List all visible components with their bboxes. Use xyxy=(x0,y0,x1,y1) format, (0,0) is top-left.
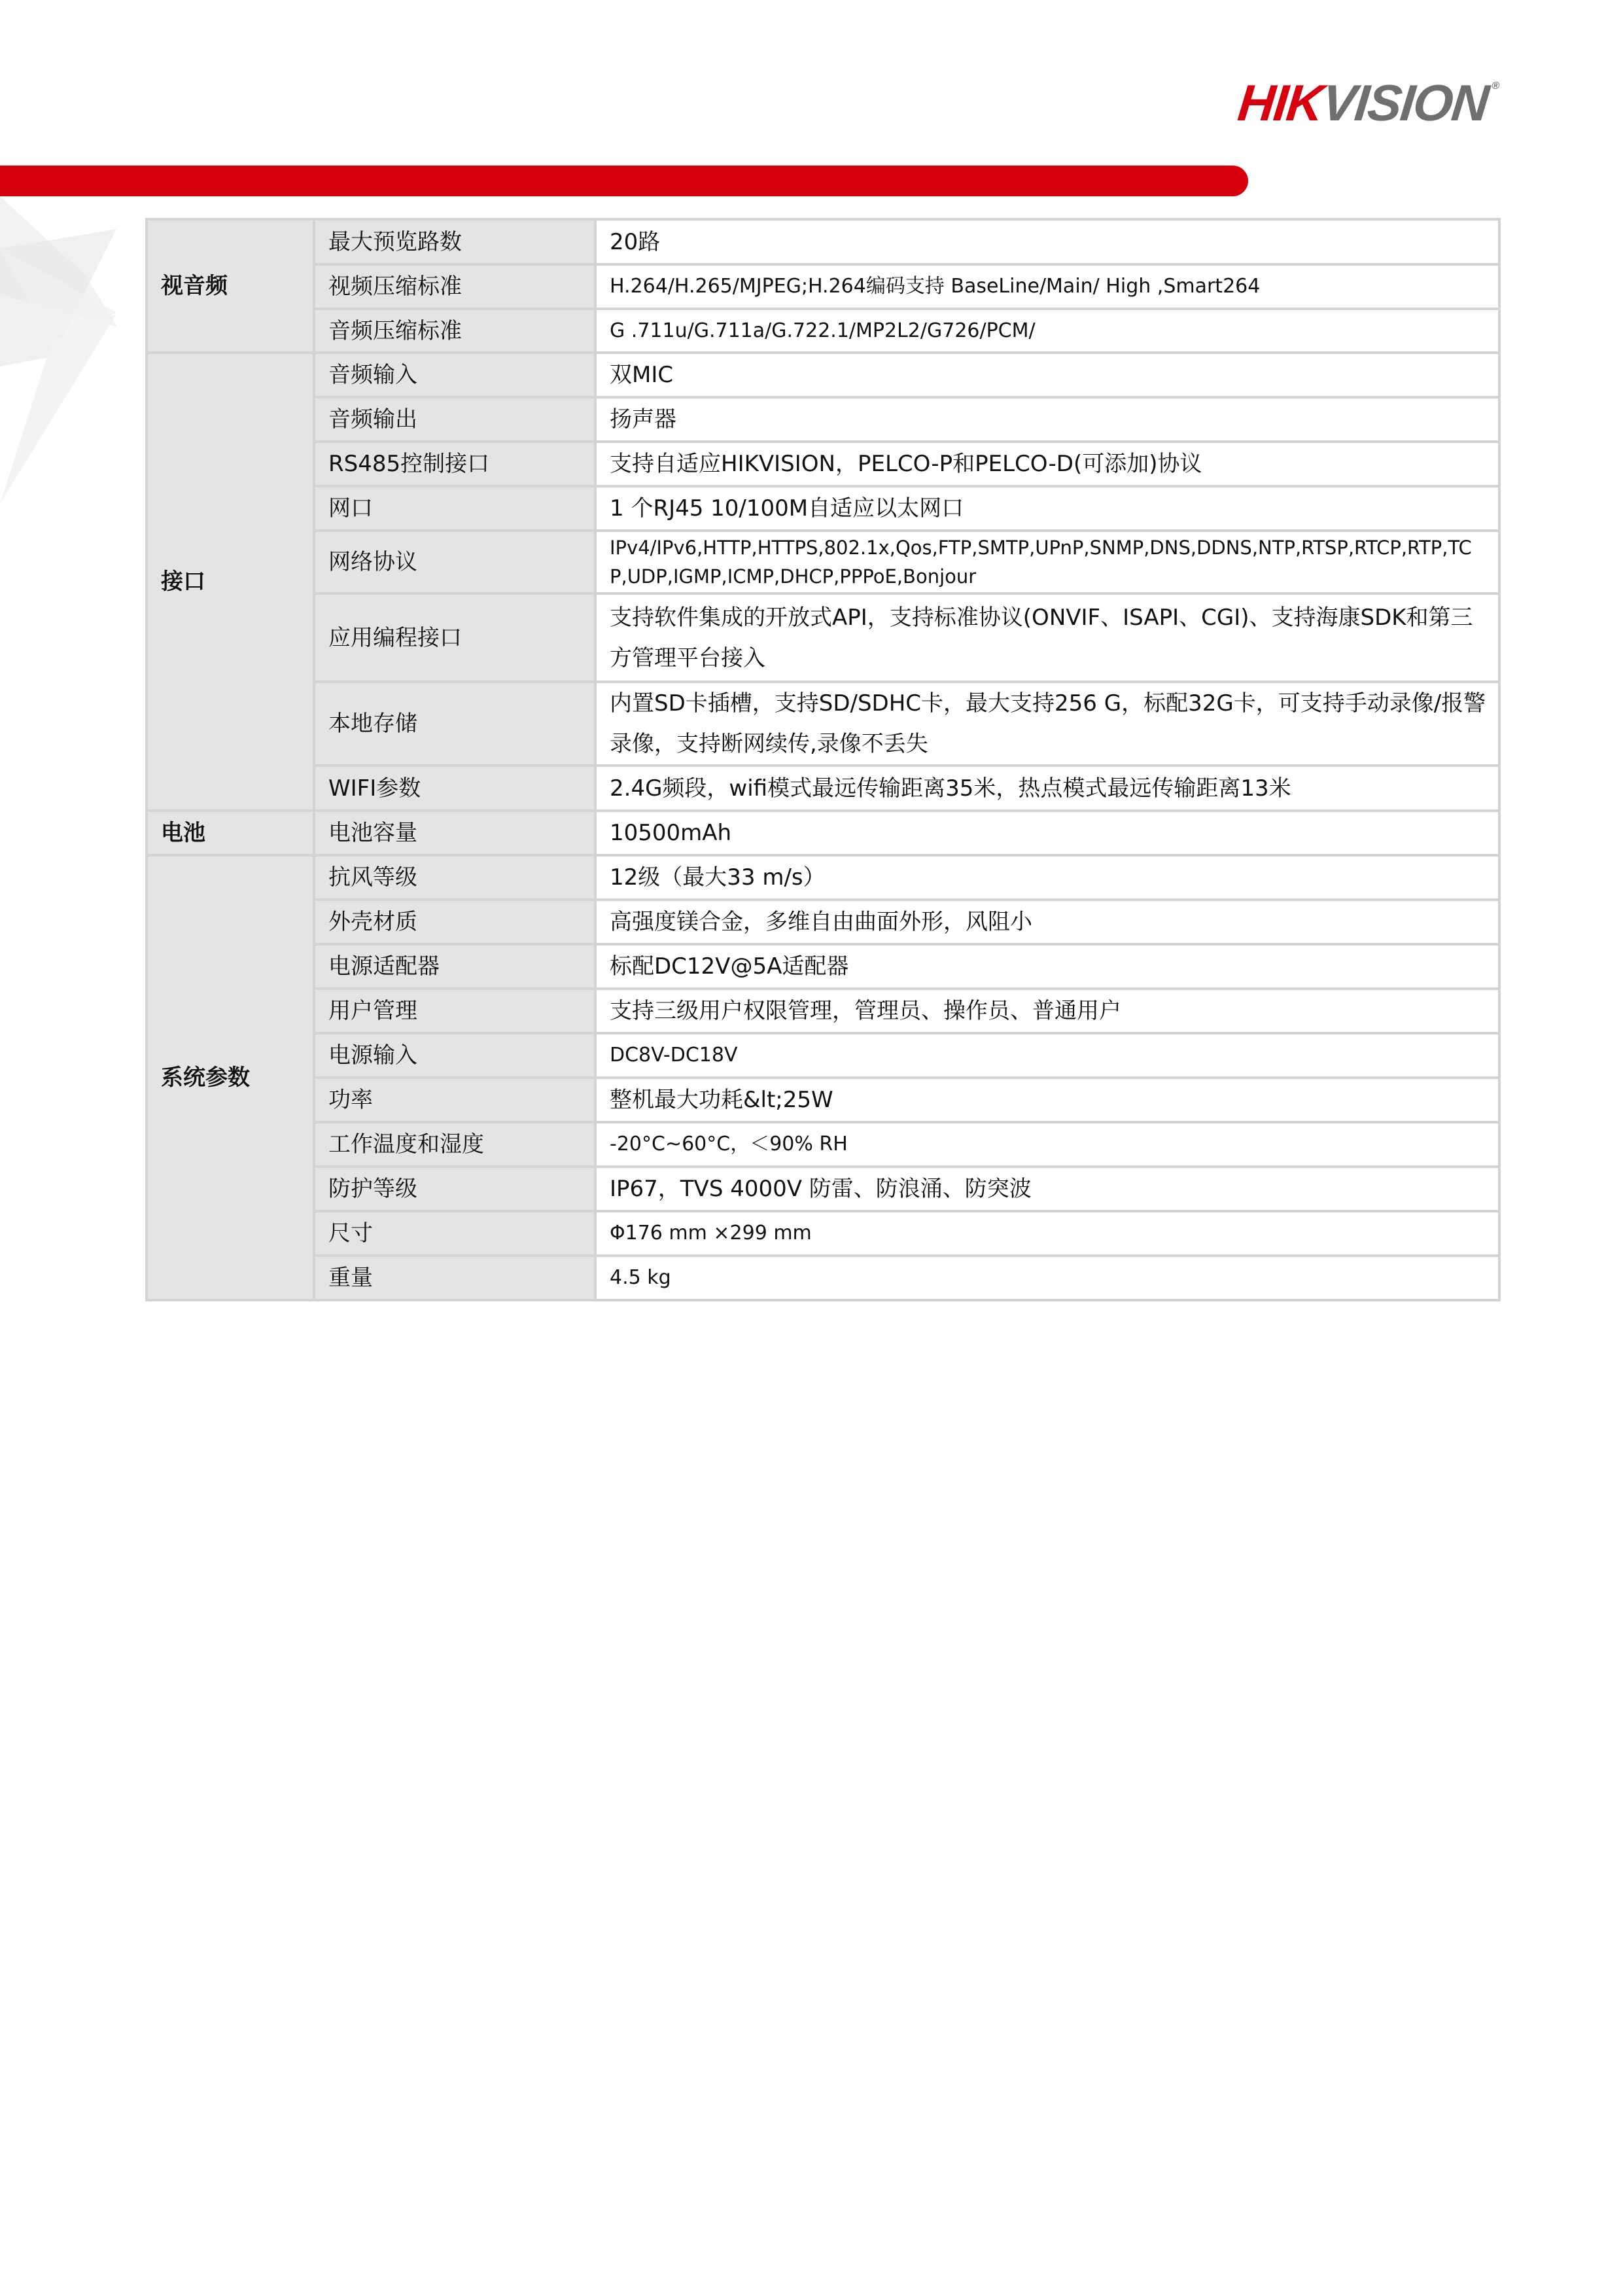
spec-value: 4.5 kg xyxy=(595,1256,1499,1300)
spec-value: IP67，TVS 4000V 防雷、防浪涌、防突波 xyxy=(595,1167,1499,1211)
category-audio-video: 视音频 xyxy=(147,219,314,353)
spec-value: 扬声器 xyxy=(595,397,1499,442)
spec-value: G .711u/G.711a/G.722.1/MP2L2/G726/PCM/ xyxy=(595,309,1499,353)
category-battery: 电池 xyxy=(147,811,314,855)
spec-name: 最大预览路数 xyxy=(314,219,595,264)
table-row: RS485控制接口 支持自适应HIKVISION，PELCO-P和PELCO-D… xyxy=(147,442,1499,486)
table-row: 视音频 最大预览路数 20路 xyxy=(147,219,1499,264)
table-row: 重量 4.5 kg xyxy=(147,1256,1499,1300)
spec-value: 12级（最大33 m/s） xyxy=(595,855,1499,900)
table-row: 本地存储 内置SD卡插槽，支持SD/SDHC卡，最大支持256 G，标配32G卡… xyxy=(147,682,1499,766)
table-row: 接口 音频输入 双MIC xyxy=(147,353,1499,397)
spec-table: 视音频 最大预览路数 20路 视频压缩标准 H.264/H.265/MJPEG;… xyxy=(145,218,1501,1301)
logo-text-gray: VISION xyxy=(1319,74,1491,132)
spec-value: IPv4/IPv6,HTTP,HTTPS,802.1x,Qos,FTP,SMTP… xyxy=(595,531,1499,593)
spec-value: 1 个RJ45 10/100M自适应以太网口 xyxy=(595,486,1499,531)
spec-value: Φ176 mm ×299 mm xyxy=(595,1211,1499,1256)
table-row: 尺寸 Φ176 mm ×299 mm xyxy=(147,1211,1499,1256)
spec-value: 支持自适应HIKVISION，PELCO-P和PELCO-D(可添加)协议 xyxy=(595,442,1499,486)
category-system-params: 系统参数 xyxy=(147,855,314,1300)
spec-name: 功率 xyxy=(314,1078,595,1122)
table-row: 外壳材质 高强度镁合金，多维自由曲面外形，风阻小 xyxy=(147,900,1499,944)
table-row: 音频输出 扬声器 xyxy=(147,397,1499,442)
header-red-bar xyxy=(0,166,1248,196)
spec-name: 电源输入 xyxy=(314,1033,595,1078)
spec-value: 20路 xyxy=(595,219,1499,264)
spec-name: 网络协议 xyxy=(314,531,595,593)
table-row: 视频压缩标准 H.264/H.265/MJPEG;H.264编码支持 BaseL… xyxy=(147,264,1499,309)
category-interface: 接口 xyxy=(147,353,314,811)
table-row: 电源输入 DC8V-DC18V xyxy=(147,1033,1499,1078)
table-row: 音频压缩标准 G .711u/G.711a/G.722.1/MP2L2/G726… xyxy=(147,309,1499,353)
spec-name: 尺寸 xyxy=(314,1211,595,1256)
spec-value: 整机最大功耗&lt;25W xyxy=(595,1078,1499,1122)
logo-text-red: HIK xyxy=(1235,74,1325,132)
table-row: 电池 电池容量 10500mAh xyxy=(147,811,1499,855)
table-row: 电源适配器 标配DC12V@5A适配器 xyxy=(147,944,1499,989)
table-row: 功率 整机最大功耗&lt;25W xyxy=(147,1078,1499,1122)
spec-name: WIFI参数 xyxy=(314,766,595,811)
spec-name: 防护等级 xyxy=(314,1167,595,1211)
table-row: 防护等级 IP67，TVS 4000V 防雷、防浪涌、防突波 xyxy=(147,1167,1499,1211)
table-row: 应用编程接口 支持软件集成的开放式API，支持标准协议(ONVIF、ISAPI、… xyxy=(147,593,1499,682)
spec-name: 网口 xyxy=(314,486,595,531)
table-row: 工作温度和湿度 -20°C~60°C，＜90% RH xyxy=(147,1122,1499,1167)
spec-name: 音频输入 xyxy=(314,353,595,397)
decorative-triangles-icon xyxy=(0,196,124,523)
spec-name: 工作温度和湿度 xyxy=(314,1122,595,1167)
spec-value: -20°C~60°C，＜90% RH xyxy=(595,1122,1499,1167)
spec-name: 本地存储 xyxy=(314,682,595,766)
table-row: 网络协议 IPv4/IPv6,HTTP,HTTPS,802.1x,Qos,FTP… xyxy=(147,531,1499,593)
spec-name: 电源适配器 xyxy=(314,944,595,989)
spec-value: 双MIC xyxy=(595,353,1499,397)
spec-value: 2.4G频段，wifi模式最远传输距离35米，热点模式最远传输距离13米 xyxy=(595,766,1499,811)
spec-name: 电池容量 xyxy=(314,811,595,855)
registered-mark: ® xyxy=(1492,80,1499,92)
spec-name: 应用编程接口 xyxy=(314,593,595,682)
spec-value: 高强度镁合金，多维自由曲面外形，风阻小 xyxy=(595,900,1499,944)
spec-name: 外壳材质 xyxy=(314,900,595,944)
table-row: 网口 1 个RJ45 10/100M自适应以太网口 xyxy=(147,486,1499,531)
spec-value: 10500mAh xyxy=(595,811,1499,855)
spec-name: 音频输出 xyxy=(314,397,595,442)
table-row: 用户管理 支持三级用户权限管理，管理员、操作员、普通用户 xyxy=(147,989,1499,1033)
table-row: 系统参数 抗风等级 12级（最大33 m/s） xyxy=(147,855,1499,900)
spec-value: DC8V-DC18V xyxy=(595,1033,1499,1078)
spec-name: 音频压缩标准 xyxy=(314,309,595,353)
hikvision-logo: HIKVISION® xyxy=(1236,77,1499,128)
spec-name: 抗风等级 xyxy=(314,855,595,900)
spec-value: 内置SD卡插槽，支持SD/SDHC卡，最大支持256 G，标配32G卡，可支持手… xyxy=(595,682,1499,766)
spec-value: 标配DC12V@5A适配器 xyxy=(595,944,1499,989)
spec-value: 支持三级用户权限管理，管理员、操作员、普通用户 xyxy=(595,989,1499,1033)
spec-name: 用户管理 xyxy=(314,989,595,1033)
spec-name: 重量 xyxy=(314,1256,595,1300)
table-row: WIFI参数 2.4G频段，wifi模式最远传输距离35米，热点模式最远传输距离… xyxy=(147,766,1499,811)
spec-name: 视频压缩标准 xyxy=(314,264,595,309)
spec-name: RS485控制接口 xyxy=(314,442,595,486)
spec-value: 支持软件集成的开放式API，支持标准协议(ONVIF、ISAPI、CGI)、支持… xyxy=(595,593,1499,682)
spec-value: H.264/H.265/MJPEG;H.264编码支持 BaseLine/Mai… xyxy=(595,264,1499,309)
